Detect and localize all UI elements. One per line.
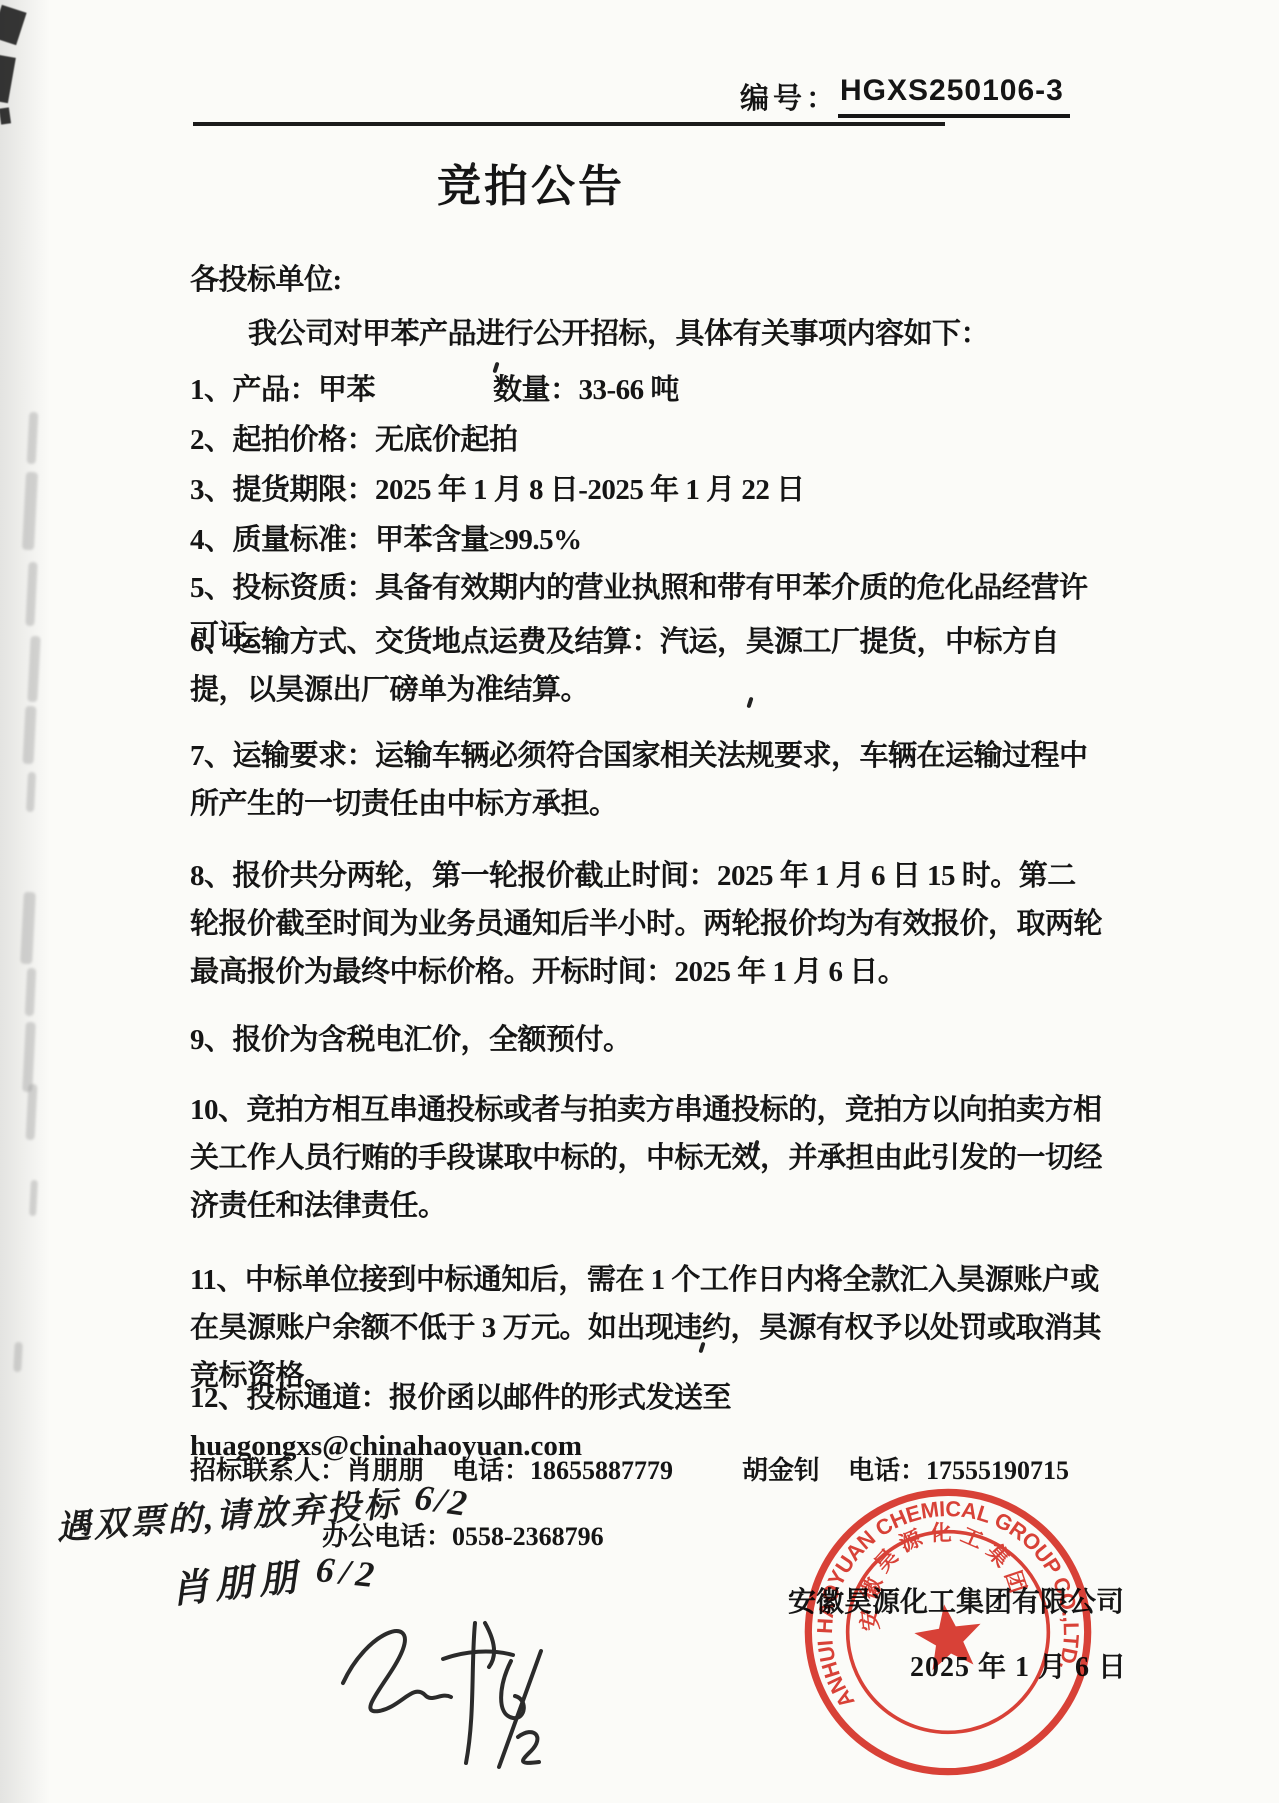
handwritten-note-date: 6/2 [412, 1476, 472, 1525]
list-item-9: 9、报价为含税电汇价，全额预付。 [190, 1016, 1102, 1064]
scan-corner-artifact [0, 55, 16, 103]
page-title: 竞拍公告 [0, 150, 1062, 214]
list-item-7: 7、运输要求：运输车辆必须符合国家相关法规要求，车辆在运输过程中所产生的一切责任… [190, 732, 1102, 828]
item-text-quantity: 数量：33-66 吨 [493, 374, 679, 406]
handwritten-name-text: 肖朋朋 [169, 1556, 305, 1612]
scan-smudge [29, 1180, 38, 1216]
salutation: 各投标单位: [190, 256, 1102, 304]
doc-number-value: HGXS250106-3 [838, 74, 1070, 118]
svg-text:ANHUI HAOYUAN CHEMICAL GROUP C: ANHUI HAOYUAN CHEMICAL GROUP CO.,LTD. [794, 1479, 1091, 1715]
intro-paragraph: 我公司对甲苯产品进行公开招标，具体有关事项内容如下： [190, 310, 1102, 358]
list-item-3: 3、提货期限：2025 年 1 月 8 日-2025 年 1 月 22 日 [190, 466, 1102, 514]
list-item-4: 4、质量标准：甲苯含量≥99.5% [190, 516, 1102, 564]
scan-smudge [20, 892, 36, 965]
scan-smudge [22, 472, 38, 551]
item-text: 1、产品：甲苯 [190, 374, 375, 406]
scan-smudge [25, 562, 37, 626]
contact-person-2: 胡金钊 [742, 1456, 820, 1485]
item-text: 12、投标通道：报价函以邮件的形式发送至 [190, 1382, 731, 1414]
document-page: 编号： HGXS250106-3 竞拍公告 各投标单位: 我公司对甲苯产品进行公… [0, 0, 1279, 1803]
star-icon [911, 1600, 986, 1672]
scan-smudge [25, 968, 36, 1016]
scan-smudge [27, 636, 40, 702]
scan-smudge [27, 412, 39, 464]
phone-label-2: 电话： [848, 1456, 926, 1485]
phone-number-1: 18655887779 [530, 1456, 673, 1485]
list-item-2: 2、起拍价格：无底价起拍 [190, 416, 1102, 464]
scan-corner-artifact [0, 5, 27, 45]
scan-smudge [26, 772, 36, 812]
scan-smudge [22, 1022, 36, 1092]
header-rule [193, 122, 945, 126]
scan-smudge [22, 706, 36, 764]
list-item-10: 10、竞拍方相互串通投标或者与拍卖方串通投标的，竞拍方以向拍卖方相关工作人员行贿… [190, 1086, 1102, 1230]
seal-ring-text: ANHUI HAOYUAN CHEMICAL GROUP CO.,LTD. [794, 1479, 1091, 1715]
scan-smudge [13, 1342, 23, 1372]
scan-smudge [26, 1084, 38, 1140]
company-seal-stamp: ANHUI HAOYUAN CHEMICAL GROUP CO.,LTD. 安徽… [779, 1463, 1118, 1802]
office-phone-number: 0558-2368796 [452, 1522, 604, 1551]
signature-scrawl [325, 1565, 555, 1800]
scan-corner-artifact [0, 107, 11, 124]
doc-number-label: 编号： [740, 76, 839, 117]
contact-label: 招标联系人： [190, 1456, 346, 1485]
list-item-8: 8、报价共分两轮，第一轮报价截止时间：2025 年 1 月 6 日 15 时。第… [190, 852, 1102, 996]
list-item-1: 1、产品：甲苯数量：33-66 吨 [190, 366, 1102, 414]
list-item-6: 6、运输方式、交货地点运费及结算：汽运，昊源工厂提货，中标方自提，以昊源出厂磅单… [190, 618, 1102, 714]
